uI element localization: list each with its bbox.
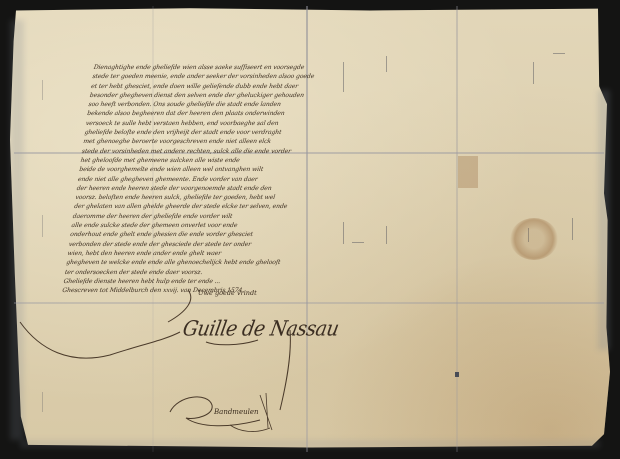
- secretary-countersignature: Bandmeulen: [214, 408, 259, 416]
- pen-flourishes: [0, 0, 620, 459]
- signature: Guille de Nassau: [181, 317, 341, 341]
- letter-closing: Uwe goede vrindt: [198, 289, 257, 297]
